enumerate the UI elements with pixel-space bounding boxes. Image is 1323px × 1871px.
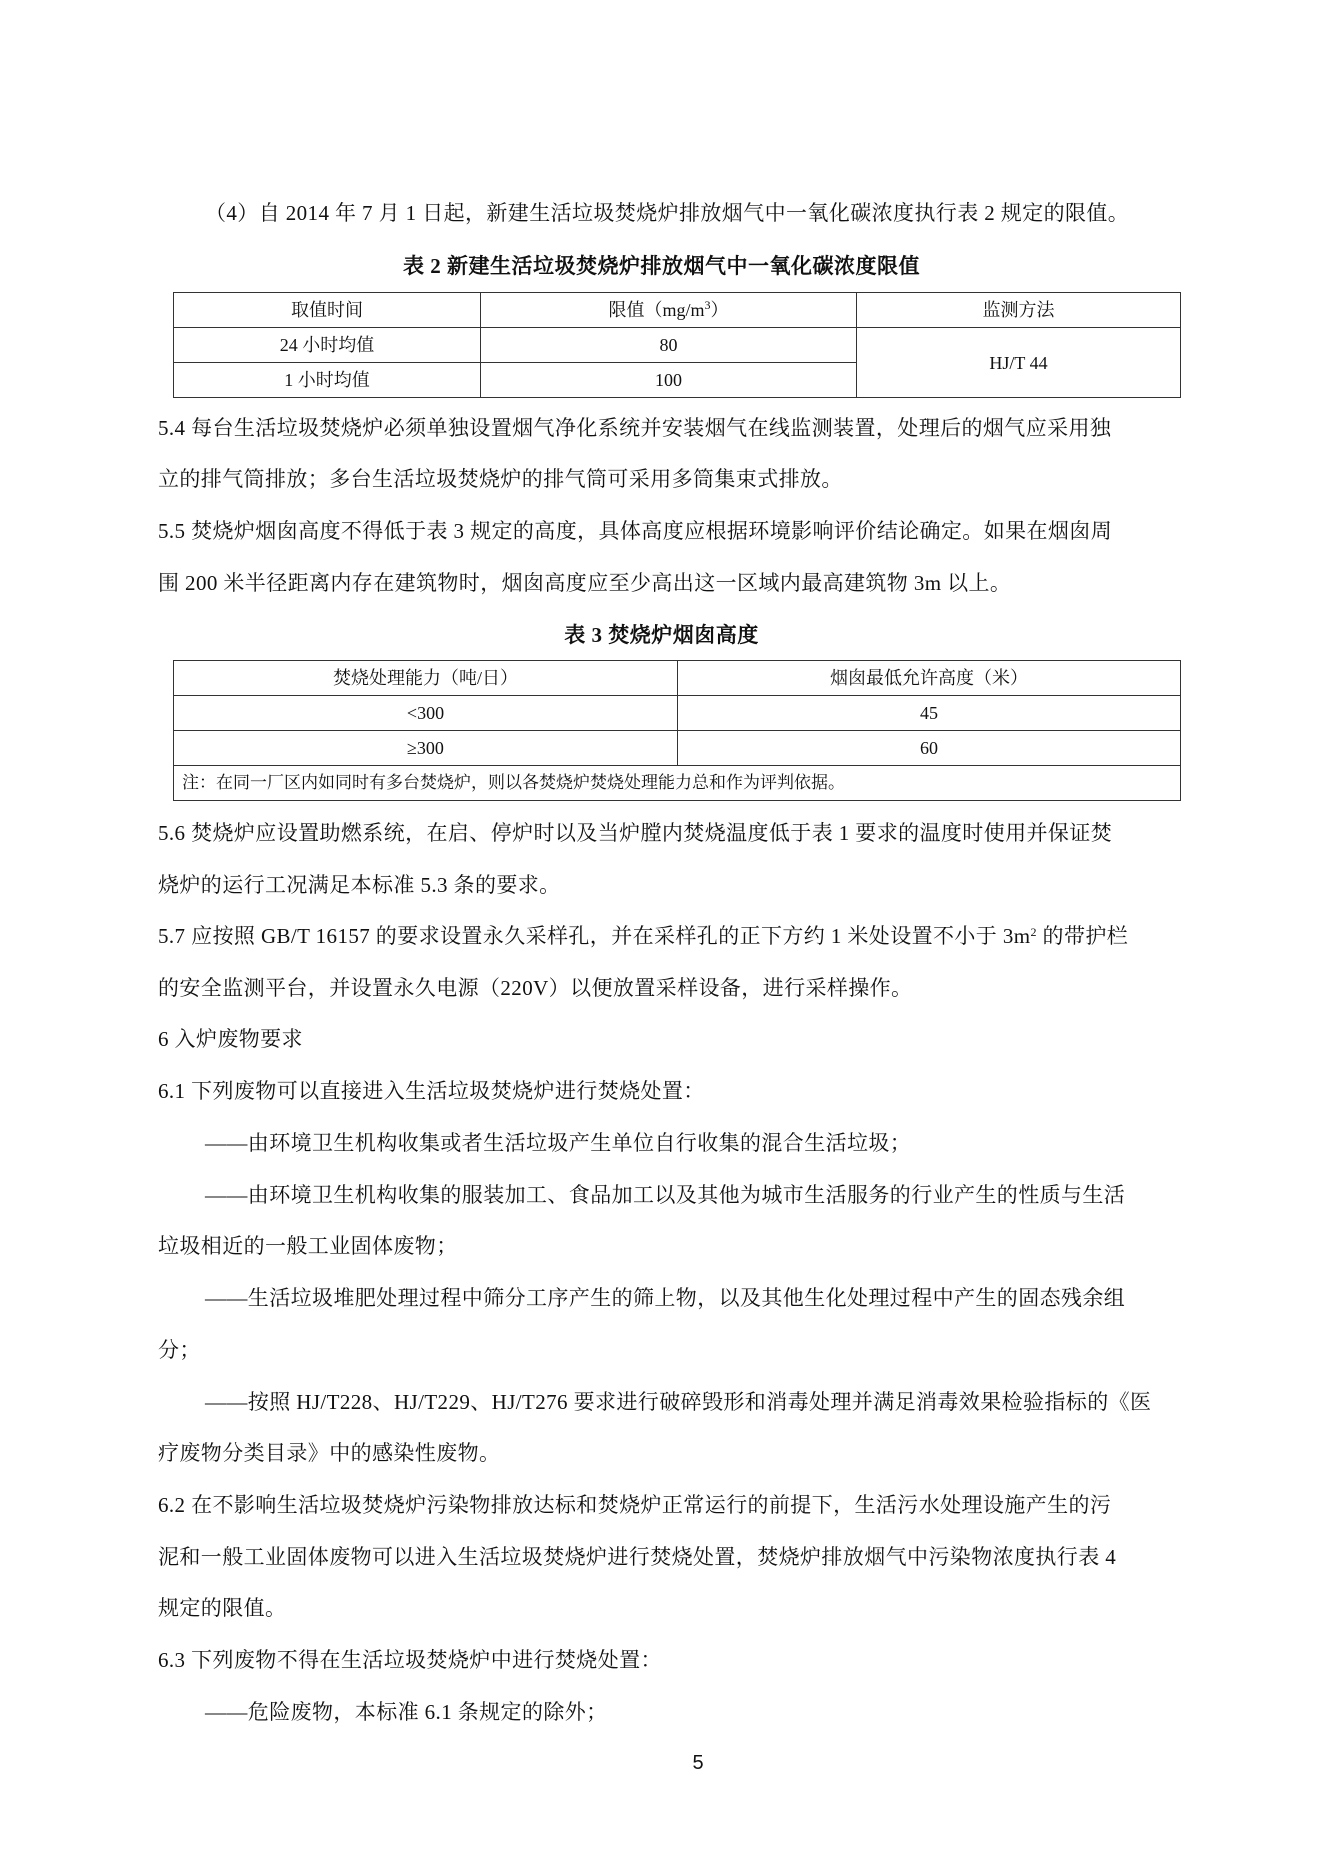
table-row: <300 45: [174, 696, 1181, 731]
paragraph-5-7-line2: 的安全监测平台，并设置永久电源（220V）以便放置采样设备，进行采样操作。: [158, 975, 912, 1001]
table2: 取值时间 限值（mg/m3） 监测方法 24 小时均值 80 HJ/T 44 1…: [173, 292, 1181, 398]
list-item: ——危险废物，本标准 6.1 条规定的除外；: [205, 1699, 608, 1725]
table-row: ≥300 60: [174, 731, 1181, 766]
paragraph-5-5-line2: 围 200 米半径距离内存在建筑物时，烟囱高度应至少高出这一区域内最高建筑物 3…: [158, 570, 1011, 596]
paragraph-6-2-line1: 6.2 在不影响生活垃圾焚烧炉污染物排放达标和焚烧炉正常运行的前提下，生活污水处…: [158, 1492, 1111, 1518]
paragraph-6-3: 6.3 下列废物不得在生活垃圾焚烧炉中进行焚烧处置：: [158, 1647, 662, 1673]
table2-cell-limit: 100: [481, 363, 857, 398]
table2-cell-period: 1 小时均值: [174, 363, 481, 398]
paragraph-4: （4）自 2014 年 7 月 1 日起，新建生活垃圾焚烧炉排放烟气中一氧化碳浓…: [205, 200, 1129, 226]
paragraph-6-2-line3: 规定的限值。: [158, 1595, 286, 1621]
list-item: ——由环境卫生机构收集或者生活垃圾产生单位自行收集的混合生活垃圾；: [205, 1130, 911, 1156]
table2-header-row: 取值时间 限值（mg/m3） 监测方法: [174, 293, 1181, 328]
table3-note: 注：在同一厂区内如同时有多台焚烧炉，则以各焚烧炉焚烧处理能力总和作为评判依据。: [174, 766, 1181, 801]
page-number: 5: [0, 1752, 1323, 1775]
table2-header-limit-close: ）: [711, 300, 729, 320]
table2-cell-period: 24 小时均值: [174, 328, 481, 363]
list-item: ——由环境卫生机构收集的服装加工、食品加工以及其他为城市生活服务的行业产生的性质…: [205, 1182, 1125, 1208]
table3-caption: 表 3 焚烧炉烟囱高度: [0, 622, 1323, 648]
table2-header-method: 监测方法: [857, 293, 1181, 328]
paragraph-5-7-text-end: 的带护栏: [1037, 924, 1128, 948]
table3-header-capacity: 焚烧处理能力（吨/日）: [174, 661, 678, 696]
list-item-continuation: 分；: [158, 1337, 201, 1363]
paragraph-5-4-line2: 立的排气筒排放；多台生活垃圾焚烧炉的排气筒可采用多筒集束式排放。: [158, 466, 843, 492]
paragraph-6-1: 6.1 下列废物可以直接进入生活垃圾焚烧炉进行焚烧处置：: [158, 1078, 705, 1104]
paragraph-6-2-line2: 泥和一般工业固体废物可以进入生活垃圾焚烧炉进行焚烧处置，焚烧炉排放烟气中污染物浓…: [158, 1544, 1116, 1570]
section-6-heading: 6 入炉废物要求: [158, 1026, 303, 1052]
list-item-continuation: 垃圾相近的一般工业固体废物；: [158, 1233, 458, 1259]
table2-header-limit: 限值（mg/m3）: [481, 293, 857, 328]
table3-note-row: 注：在同一厂区内如同时有多台焚烧炉，则以各焚烧炉焚烧处理能力总和作为评判依据。: [174, 766, 1181, 801]
table3-header-height: 烟囱最低允许高度（米）: [678, 661, 1181, 696]
list-item-continuation: 疗废物分类目录》中的感染性废物。: [158, 1440, 500, 1466]
paragraph-5-7-text: 5.7 应按照 GB/T 16157 的要求设置永久采样孔，并在采样孔的正下方约…: [158, 924, 1031, 948]
list-item: ——生活垃圾堆肥处理过程中筛分工序产生的筛上物，以及其他生化处理过程中产生的固态…: [205, 1285, 1125, 1311]
table3-cell-capacity: <300: [174, 696, 678, 731]
paragraph-5-4-line1: 5.4 每台生活垃圾焚烧炉必须单独设置烟气净化系统并安装烟气在线监测装置，处理后…: [158, 415, 1111, 441]
table2-cell-limit: 80: [481, 328, 857, 363]
table3-cell-height: 60: [678, 731, 1181, 766]
table2-header-limit-text: 限值（mg/m: [608, 300, 704, 320]
paragraph-5-5-line1: 5.5 焚烧炉烟囱高度不得低于表 3 规定的高度，具体高度应根据环境影响评价结论…: [158, 518, 1112, 544]
table3: 焚烧处理能力（吨/日） 烟囱最低允许高度（米） <300 45 ≥300 60 …: [173, 660, 1181, 801]
paragraph-5-6-line2: 烧炉的运行工况满足本标准 5.3 条的要求。: [158, 872, 561, 898]
table3-cell-height: 45: [678, 696, 1181, 731]
table2-caption: 表 2 新建生活垃圾焚烧炉排放烟气中一氧化碳浓度限值: [0, 253, 1323, 279]
paragraph-5-7-line1: 5.7 应按照 GB/T 16157 的要求设置永久采样孔，并在采样孔的正下方约…: [158, 923, 1128, 949]
table3-cell-capacity: ≥300: [174, 731, 678, 766]
table2-cell-method: HJ/T 44: [857, 328, 1181, 398]
list-item: ——按照 HJ/T228、HJ/T229、HJ/T276 要求进行破碎毁形和消毒…: [205, 1389, 1151, 1415]
table-row: 24 小时均值 80 HJ/T 44: [174, 328, 1181, 363]
table3-header-row: 焚烧处理能力（吨/日） 烟囱最低允许高度（米）: [174, 661, 1181, 696]
paragraph-5-6-line1: 5.6 焚烧炉应设置助燃系统，在启、停炉时以及当炉膛内焚烧温度低于表 1 要求的…: [158, 820, 1112, 846]
table2-header-period: 取值时间: [174, 293, 481, 328]
